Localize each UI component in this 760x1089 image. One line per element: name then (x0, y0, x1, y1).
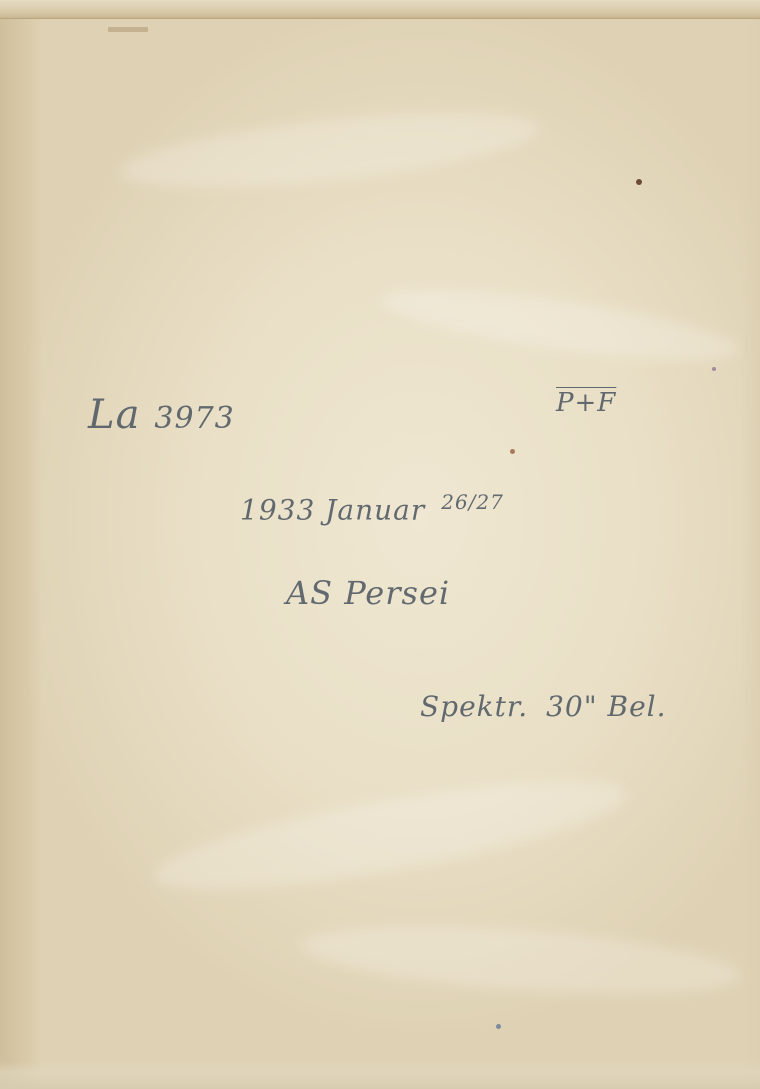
tissue-crease (148, 759, 633, 911)
envelope-page: La3973 P+F 1933 Januar26/27 AS Persei Sp… (0, 0, 760, 1089)
left-fold-edge (0, 0, 42, 1089)
object-name: AS Persei (286, 574, 450, 612)
plate-type: P+F (556, 388, 616, 418)
catalog-prefix: La (88, 392, 140, 438)
instrument-aperture: 30" Bel. (546, 690, 666, 723)
date-days: 26/27 (441, 490, 504, 514)
ink-spot (496, 1024, 501, 1029)
bottom-fold-edge (0, 1061, 760, 1089)
ink-spot (712, 367, 716, 371)
top-fold-edge (0, 0, 760, 19)
catalog-number-value: 3973 (154, 401, 234, 436)
tissue-crease (118, 98, 542, 202)
date-year-month: 1933 Januar (240, 493, 425, 526)
instrument-label: Spektr. (420, 690, 528, 723)
catalog-number: La3973 (88, 392, 235, 438)
observation-date: 1933 Januar26/27 (240, 490, 504, 526)
ink-spot (636, 179, 642, 185)
tissue-crease (298, 915, 741, 1006)
right-fold-edge (740, 0, 760, 1089)
flap-tab-mark (108, 27, 148, 32)
instrument: Spektr.30" Bel. (420, 690, 667, 723)
tissue-crease (378, 275, 741, 375)
ink-spot (510, 449, 515, 454)
